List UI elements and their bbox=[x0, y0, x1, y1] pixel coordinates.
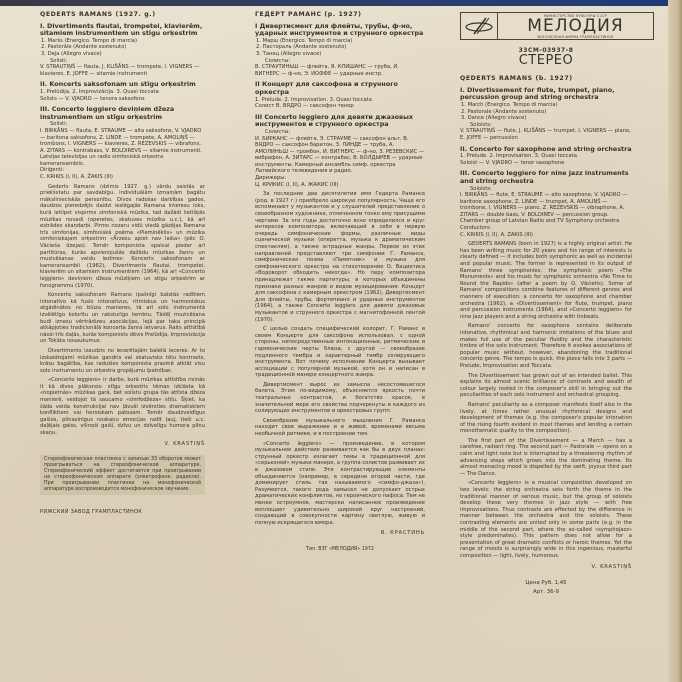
work3-title: III. Concerto leggiero deviņiem džeza in… bbox=[40, 106, 205, 121]
liner-paragraph: Своеобразие музыкального мышления Г. Рам… bbox=[255, 418, 425, 438]
work3-soloists: I. BIRKĀNS — flauta, E. STRAUME — alta s… bbox=[40, 128, 205, 168]
latvian-column: QEDERTS RAMANS (1927. g.) I. Divertiment… bbox=[40, 10, 205, 516]
conductors: C. KRIKIS (I, II), A. ZAKIS (III) bbox=[460, 232, 632, 239]
liner-paragraph: The first part of the Divertissement — a… bbox=[460, 438, 632, 478]
english-column: МИНИСТЕРСТВО КУЛЬТУРЫ СССР МЕЛОДИЯ ВСЕСО… bbox=[460, 10, 632, 595]
work2-movements: 1. Prelude. 2. Improvisation. 3. Quasi t… bbox=[255, 97, 425, 104]
liner-paragraph: Gederts Ramans (dzimis 1927. g.) vārdu s… bbox=[40, 184, 205, 290]
sleeve-right-edge bbox=[668, 0, 682, 682]
liner-paragraph: Ramans' concerto for saxophone contains … bbox=[460, 323, 632, 369]
liner-paragraph: За последние два десятилетия имя Гедерта… bbox=[255, 191, 425, 323]
movement: 3. Deja (Allegro vivace) bbox=[41, 51, 205, 58]
work3-soloists: I. BIRKĀNS — flute, E. STRAUME — alto sa… bbox=[460, 192, 632, 225]
work1-title: I. Divertissement for flute, trumpet, pi… bbox=[460, 87, 632, 102]
movement: 3. Танец (Allegro vivace) bbox=[256, 51, 425, 58]
sleeve-top-edge bbox=[0, 0, 682, 6]
work3-soloists: И. БИРКАНС — флейта, Э. СТРАУМЕ — саксоф… bbox=[255, 136, 425, 176]
liner-paragraph: Divertiments izaudzis no iecerētajām bal… bbox=[40, 348, 205, 374]
composer-heading: ГЕДЕРТ РАМАНС (р. 1927) bbox=[255, 12, 425, 19]
work1-movements: 1. March (Energico. Tempo di marcia) 2. … bbox=[461, 102, 632, 122]
movement: 2. Pastorāle (Andante sostenuto) bbox=[41, 44, 205, 51]
movement: 1. Марш (Energico. Tempo di marcia) bbox=[256, 38, 425, 45]
work1-title: I. Divertiments flautai, trompetei, klav… bbox=[40, 23, 205, 38]
liner-paragraph: The Divertissement has grown out of an i… bbox=[460, 373, 632, 399]
work2-soloist: Soloist — V. VJADRO — tenor saxophone bbox=[460, 160, 632, 167]
stereo-notice: Стереофоническая пластинка с записью 33 … bbox=[40, 455, 205, 495]
work2-title: II. Koncerts saksofonam un stīgu orķestr… bbox=[40, 81, 205, 89]
work2-soloist: Solists — V. VJADRO — tenora saksofons bbox=[40, 96, 205, 103]
work1-movements: 1. Марш (Energico. Tempo di marcia) 2. П… bbox=[256, 38, 425, 58]
signature: V. KRASTIŅŠ bbox=[40, 441, 205, 448]
work1-movements: 1. Maršs (Energico. Tempo di marcia) 2. … bbox=[41, 38, 205, 58]
soloists-label: Солисты: bbox=[255, 129, 425, 136]
composer-heading: QEDERTS RAMANS (1927. g.) bbox=[40, 12, 205, 19]
article-number: Арт. 36-9 bbox=[460, 589, 632, 596]
melodiya-label-box: МИНИСТЕРСТВО КУЛЬТУРЫ СССР МЕЛОДИЯ ВСЕСО… bbox=[460, 12, 654, 40]
signature: V. KRASTIŅŠ bbox=[460, 564, 632, 571]
work2-movements: 1. Prelūdija. 2. Improvizācija. 3. Quasi… bbox=[40, 89, 205, 96]
work1-soloists: В. СТРАУТИНЬШ — флейта, Я. КЛИШАНС — тру… bbox=[255, 64, 425, 77]
printer-info: Тип. ВЗГ «МЕЛОДИЯ» 1972 bbox=[255, 547, 425, 554]
movement: 2. Pastorale (Andante sostenuto) bbox=[461, 109, 632, 116]
conductors: Ц. КРИКИС (I, II), А. ЖАКИС (III) bbox=[255, 182, 425, 189]
format-label: СТЕРЕО bbox=[460, 58, 632, 65]
factory-name: РИЖСКИЙ ЗАВОД ГРАМПЛАСТИНОК bbox=[40, 509, 205, 516]
movement: 3. Dance (Allegro vivace) bbox=[461, 115, 632, 122]
conductors: C. KRIKIS (I, II), A. ŽAKIS (III) bbox=[40, 174, 205, 181]
work1-title: I Дивертисмент для флейты, трубы, ф-но, … bbox=[255, 23, 425, 38]
conductors-label: Conductors: bbox=[460, 225, 632, 232]
record-sleeve-back: QEDERTS RAMANS (1927. g.) I. Divertiment… bbox=[0, 0, 682, 682]
melodiya-wordmark: МИНИСТЕРСТВО КУЛЬТУРЫ СССР МЕЛОДИЯ ВСЕСО… bbox=[498, 13, 653, 39]
composer-heading: QEDERTS RAMANS (b. 1927) bbox=[460, 76, 632, 83]
movement: 2. Пастораль (Andante sostenuto) bbox=[256, 44, 425, 51]
work3-title: III Concerto leggiero для девяти джазовы… bbox=[255, 114, 425, 129]
liner-paragraph: С целью создать специфический колорит, Г… bbox=[255, 326, 425, 379]
movement: 1. Maršs (Energico. Tempo di marcia) bbox=[41, 38, 205, 45]
work2-soloist: Солист В. ВЯДРО — саксофон тенор bbox=[255, 103, 425, 110]
work2-title: II. Concerto for saxophone and string or… bbox=[460, 146, 632, 154]
work1-soloists: V. STRAUTIŅŠ — flute, J. KLIŠĀNS — trump… bbox=[460, 128, 632, 141]
liner-paragraph: Дивертисмент вырос из замысла несостоявш… bbox=[255, 382, 425, 415]
signature: В. КРАСТИНЬ bbox=[255, 530, 425, 537]
liner-paragraph: Koncerta saksofonam Ramans ipašnīgi bals… bbox=[40, 292, 205, 345]
russian-column: ГЕДЕРТ РАМАНС (р. 1927) I Дивертисмент д… bbox=[255, 10, 425, 554]
conductors-label: Дирижеры: bbox=[255, 175, 425, 182]
liner-paragraph: «Concerto leggiero» is a musical composi… bbox=[460, 480, 632, 559]
liner-paragraph: Ramans' peculiarity as a composer manife… bbox=[460, 402, 632, 435]
liner-paragraph: GEDERTS RAMANS (born in 1927) is a highl… bbox=[460, 241, 632, 320]
work1-soloists: V. STRAUTIŅŠ — flauta, J. KLIŠĀNS — trom… bbox=[40, 64, 205, 77]
movement: 1. March (Energico. Tempo di marcia) bbox=[461, 102, 632, 109]
work2-title: II Концерт для саксофона и струнного орк… bbox=[255, 81, 425, 96]
liner-paragraph: «Concerto leggiero» ir darbs, kurā mūzik… bbox=[40, 377, 205, 436]
work2-movements: 1. Prelude. 2. Improvisation. 3. Quasi t… bbox=[460, 153, 632, 160]
brand-name: МЕЛОДИЯ bbox=[527, 18, 623, 35]
work3-title: III. Concerto leggiero for nine jazz ins… bbox=[460, 170, 632, 185]
melodiya-logo-icon bbox=[461, 13, 498, 39]
soloists-label: Solisti: bbox=[40, 121, 205, 128]
liner-paragraph: «Concerto leggiero» — произведение, в ко… bbox=[255, 441, 425, 527]
price: Цена Руб. 1,45 bbox=[460, 580, 632, 587]
firm-line: ВСЕСОЮЗНАЯ ФИРМА ГРАМПЛАСТИНОК bbox=[538, 35, 614, 39]
